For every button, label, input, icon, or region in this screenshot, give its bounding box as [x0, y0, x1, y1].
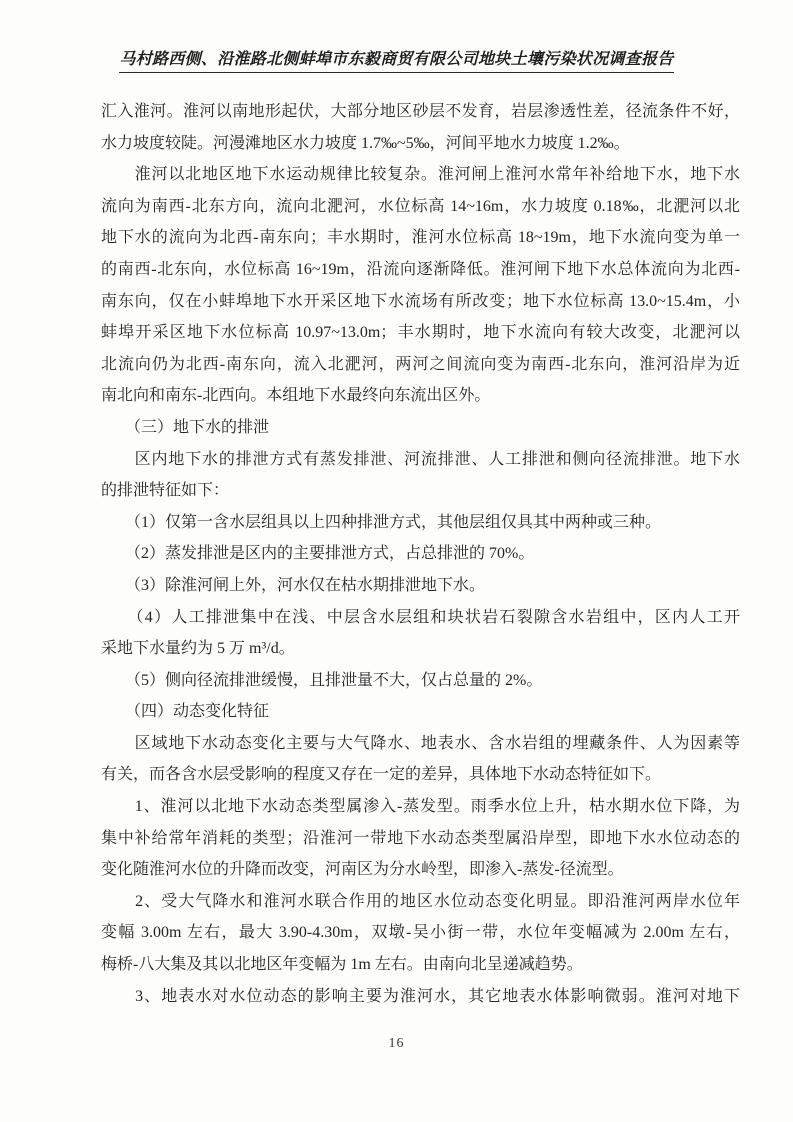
- body-line: 水力坡度较陡。河漫滩地区水力坡度 1.7‰~5‰，河间平地水力坡度 1.2‰。: [101, 128, 740, 160]
- body-line: 汇入淮河。淮河以南地形起伏，大部分地区砂层不发育，岩层渗透性差，径流条件不好，: [101, 96, 740, 128]
- body-line: （4）人工排泄集中在浅、中层含水层组和块状岩石裂隙含水岩组中，区内人工开: [101, 602, 740, 634]
- section-heading: （四）动态变化特征: [101, 696, 740, 728]
- body-line: （5）侧向径流排泄缓慢，且排泄量不大，仅占总量的 2%。: [101, 665, 740, 697]
- body-line: 北流向仍为北西-南东向，流入北淝河，两河之间流向变为南西-北东向，淮河沿岸为近: [101, 349, 740, 381]
- section-heading: （三）地下水的排泄: [101, 412, 740, 444]
- body-line: 地下水的流向为北西-南东向；丰水期时，淮河水位标高 18~19m，地下水流向变为…: [101, 222, 740, 254]
- document-page: 马村路西侧、沿淮路北侧蚌埠市东毅商贸有限公司地块土壤污染状况调查报告 汇入淮河。…: [0, 0, 793, 1122]
- body-line: 区域地下水动态变化主要与大气降水、地表水、含水岩组的埋藏条件、人为因素等: [101, 728, 740, 760]
- body-line: 流向为南西-北东方向，流向北淝河，水位标高 14~16m，水力坡度 0.18‰，…: [101, 191, 740, 223]
- body-line: （3）除淮河闸上外，河水仅在枯水期排泄地下水。: [101, 570, 740, 602]
- body-line: 的排泄特征如下：: [101, 475, 740, 507]
- body-line: 变化随淮河水位的升降而改变，河南区为分水岭型，即渗入-蒸发-径流型。: [101, 854, 740, 886]
- body-line: 蚌埠开采区地下水位标高 10.97~13.0m；丰水期时，地下水流向有较大改变，…: [101, 317, 740, 349]
- page-number: 16: [0, 1036, 793, 1052]
- scan-speck: [616, 520, 619, 523]
- body-text: 汇入淮河。淮河以南地形起伏，大部分地区砂层不发育，岩层渗透性差，径流条件不好， …: [101, 96, 740, 1012]
- body-line: （1）仅第一含水层组具以上四种排泄方式，其他层组仅具其中两种或三种。: [101, 507, 740, 539]
- body-line: 的南西-北东向，水位标高 16~19m，沿流向逐渐降低。淮河闸下地下水总体流向为…: [101, 254, 740, 286]
- body-line: （2）蒸发排泄是区内的主要排泄方式，占总排泄的 70%。: [101, 538, 740, 570]
- page-header: 马村路西侧、沿淮路北侧蚌埠市东毅商贸有限公司地块土壤污染状况调查报告: [0, 46, 793, 73]
- body-line: 采地下水量约为 5 万 m³/d。: [101, 633, 740, 665]
- body-line: 3、地表水对水位动态的影响主要为淮河水，其它地表水体影响微弱。淮河对地下: [101, 981, 740, 1013]
- body-line: 1、淮河以北地下水动态类型属渗入-蒸发型。雨季水位上升，枯水期水位下降，为: [101, 791, 740, 823]
- body-line: 变幅 3.00m 左右，最大 3.90-4.30m，双墩-吴小街一带，水位年变幅…: [101, 917, 740, 949]
- body-line: 2、受大气降水和淮河水联合作用的地区水位动态变化明显。即沿淮河两岸水位年: [101, 886, 740, 918]
- body-line: 淮河以北地区地下水运动规律比较复杂。淮河闸上淮河水常年补给地下水，地下水: [101, 159, 740, 191]
- body-line: 南北向和南东-北西向。本组地下水最终向东流出区外。: [101, 380, 740, 412]
- body-line: 有关，而各含水层受影响的程度又存在一定的差异，具体地下水动态特征如下。: [101, 759, 740, 791]
- body-line: 南东向，仅在小蚌埠地下水开采区地下水流场有所改变；地下水位标高 13.0~15.…: [101, 286, 740, 318]
- scan-speck: [344, 864, 347, 866]
- header-title: 马村路西侧、沿淮路北侧蚌埠市东毅商贸有限公司地块土壤污染状况调查报告: [119, 46, 673, 73]
- body-line: 区内地下水的排泄方式有蒸发排泄、河流排泄、人工排泄和侧向径流排泄。地下水: [101, 444, 740, 476]
- body-line: 集中补给常年消耗的类型；沿淮河一带地下水动态类型属沿岸型，即地下水水位动态的: [101, 823, 740, 855]
- body-line: 梅桥-八大集及其以北地区年变幅为 1m 左右。由南向北呈递减趋势。: [101, 949, 740, 981]
